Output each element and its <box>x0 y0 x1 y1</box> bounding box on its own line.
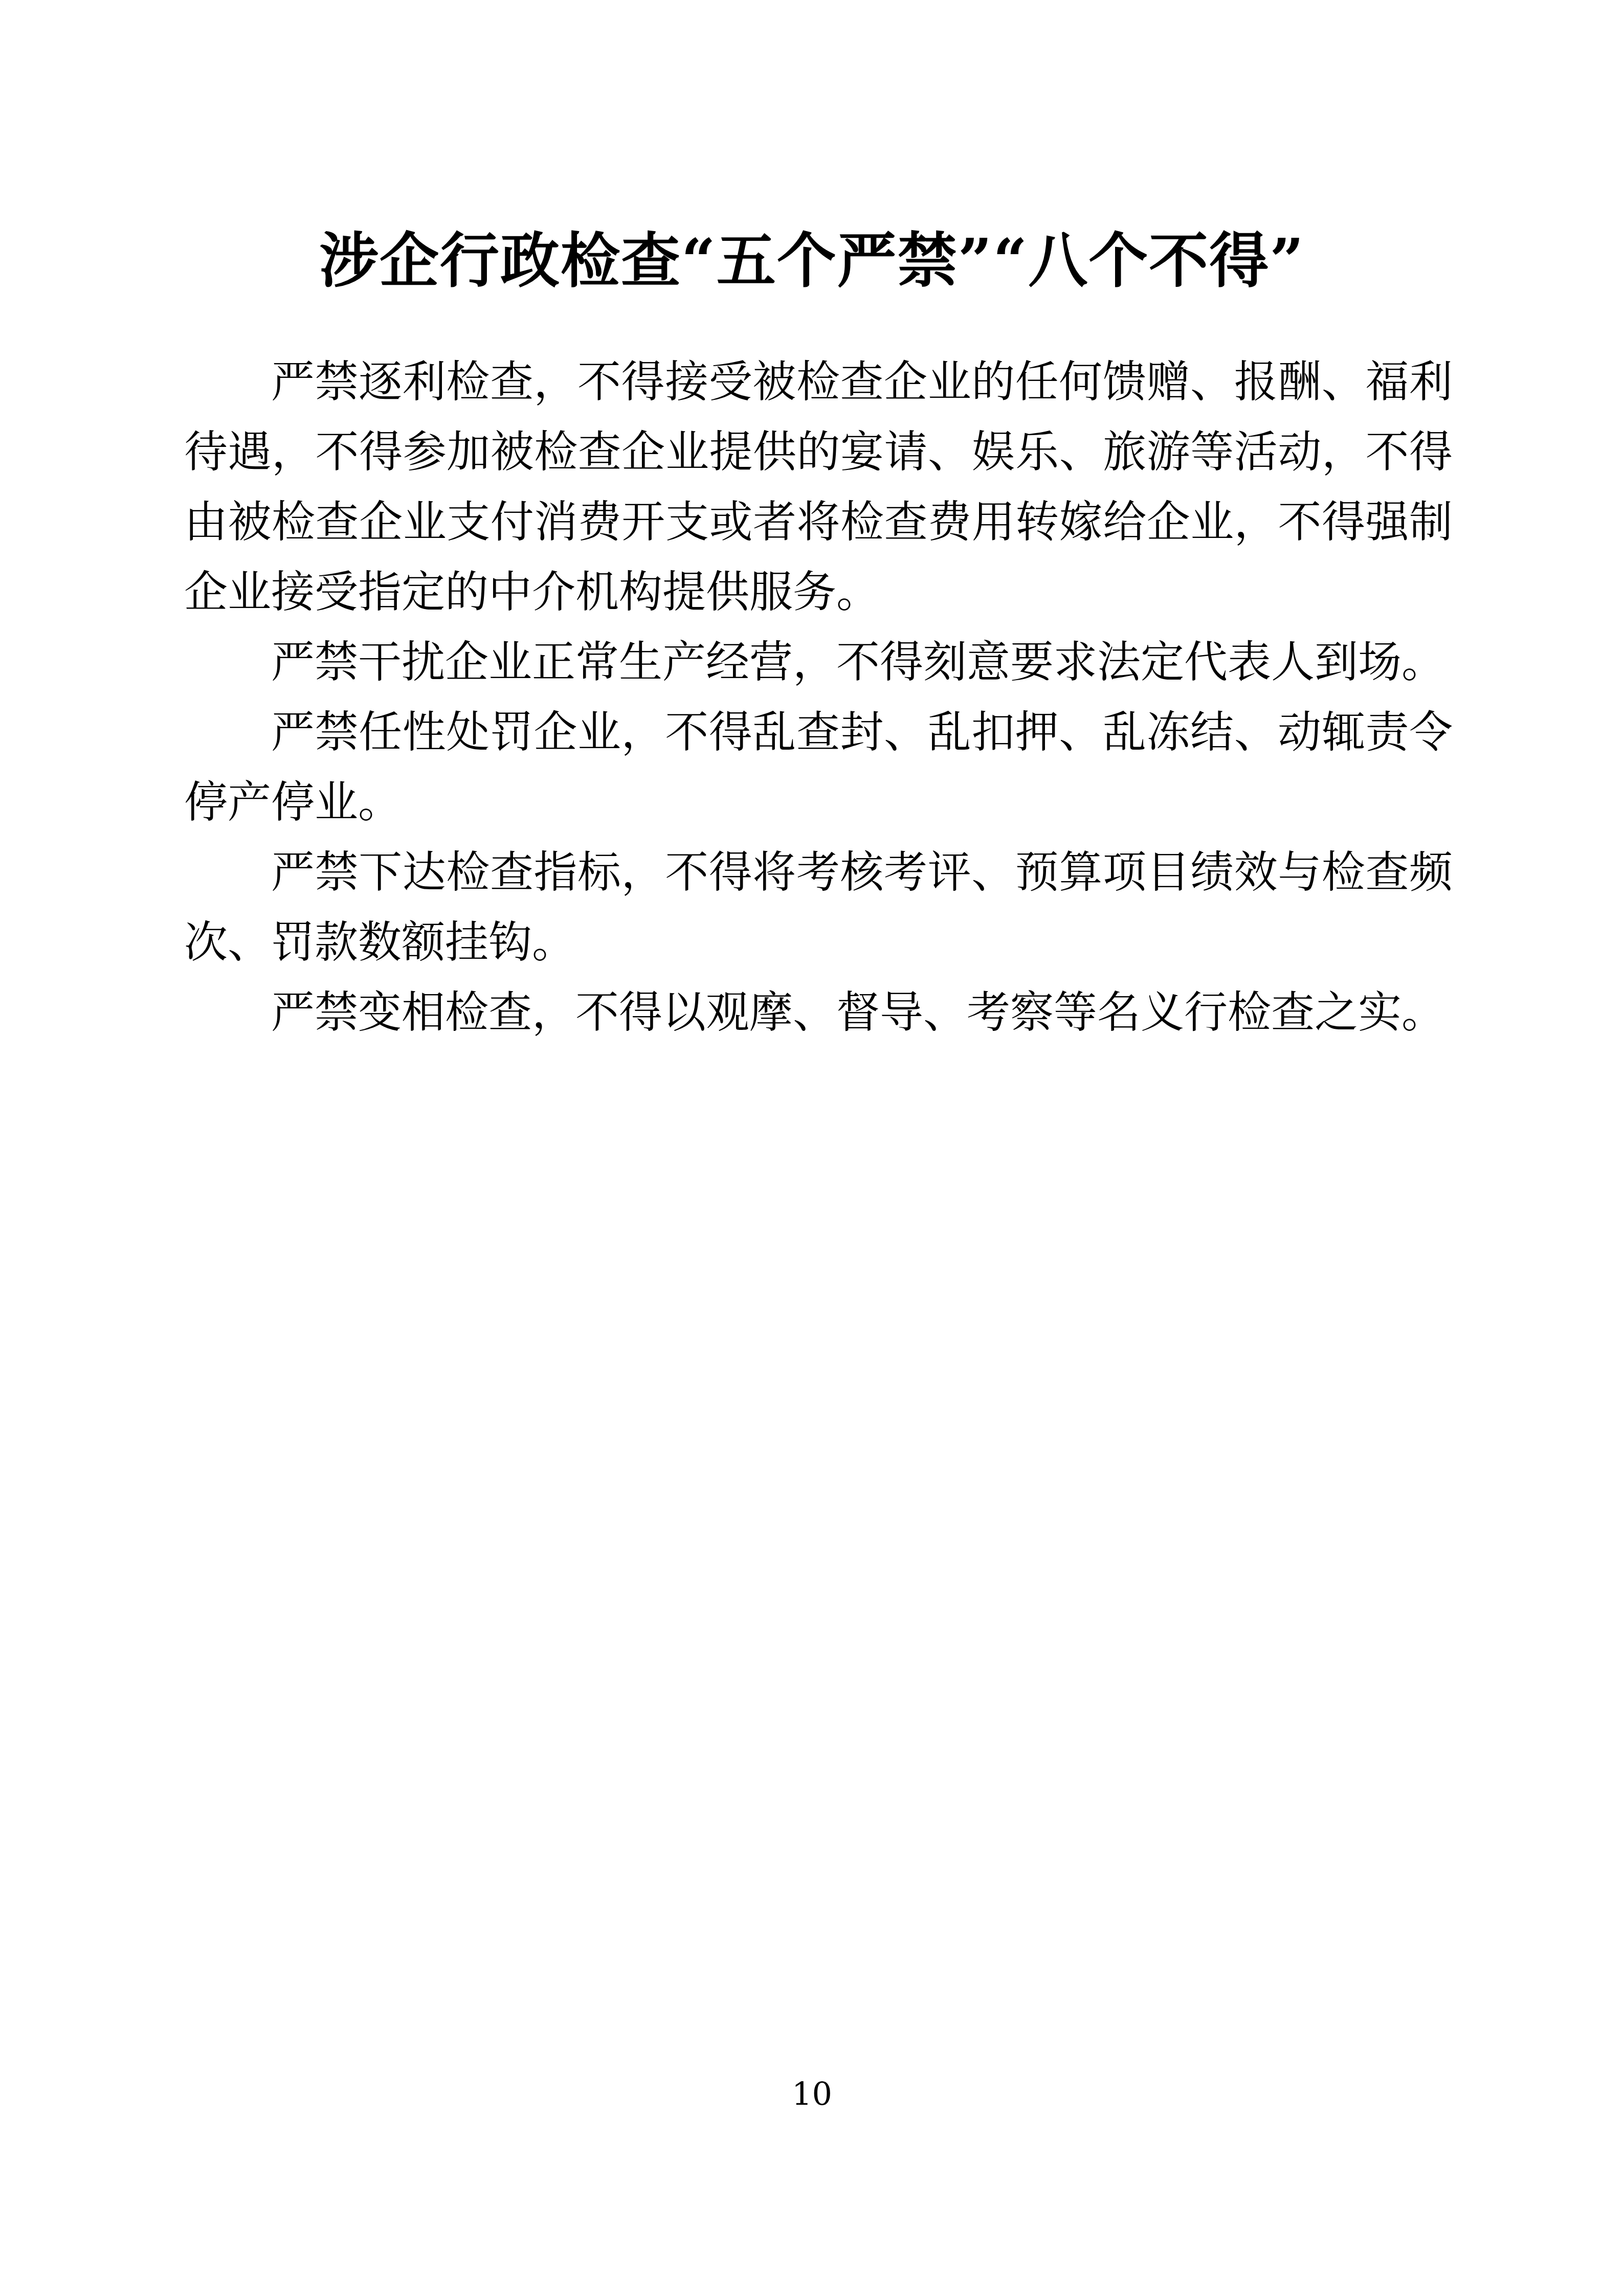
document-title: 涉企行政检查“五个严禁”“八个不得” <box>0 0 1624 298</box>
paragraph: 严禁任性处罚企业，不得乱查封、乱扣押、乱冻结、动辄责令停产停业。 <box>184 697 1453 838</box>
document-body: 严禁逐利检查，不得接受被检查企业的任何馈赠、报酬、福利待遇，不得参加被检查企业提… <box>0 347 1624 1048</box>
document-page: 涉企行政检查“五个严禁”“八个不得” 严禁逐利检查，不得接受被检查企业的任何馈赠… <box>0 0 1624 2296</box>
paragraph: 严禁干扰企业正常生产经营，不得刻意要求法定代表人到场。 <box>184 627 1453 697</box>
paragraph: 严禁变相检查，不得以观摩、督导、考察等名义行检查之实。 <box>184 978 1453 1048</box>
paragraph: 严禁逐利检查，不得接受被检查企业的任何馈赠、报酬、福利待遇，不得参加被检查企业提… <box>184 347 1453 627</box>
paragraph: 严禁下达检查指标，不得将考核考评、预算项目绩效与检查频次、罚款数额挂钩。 <box>184 838 1453 978</box>
page-number: 10 <box>0 2075 1624 2113</box>
